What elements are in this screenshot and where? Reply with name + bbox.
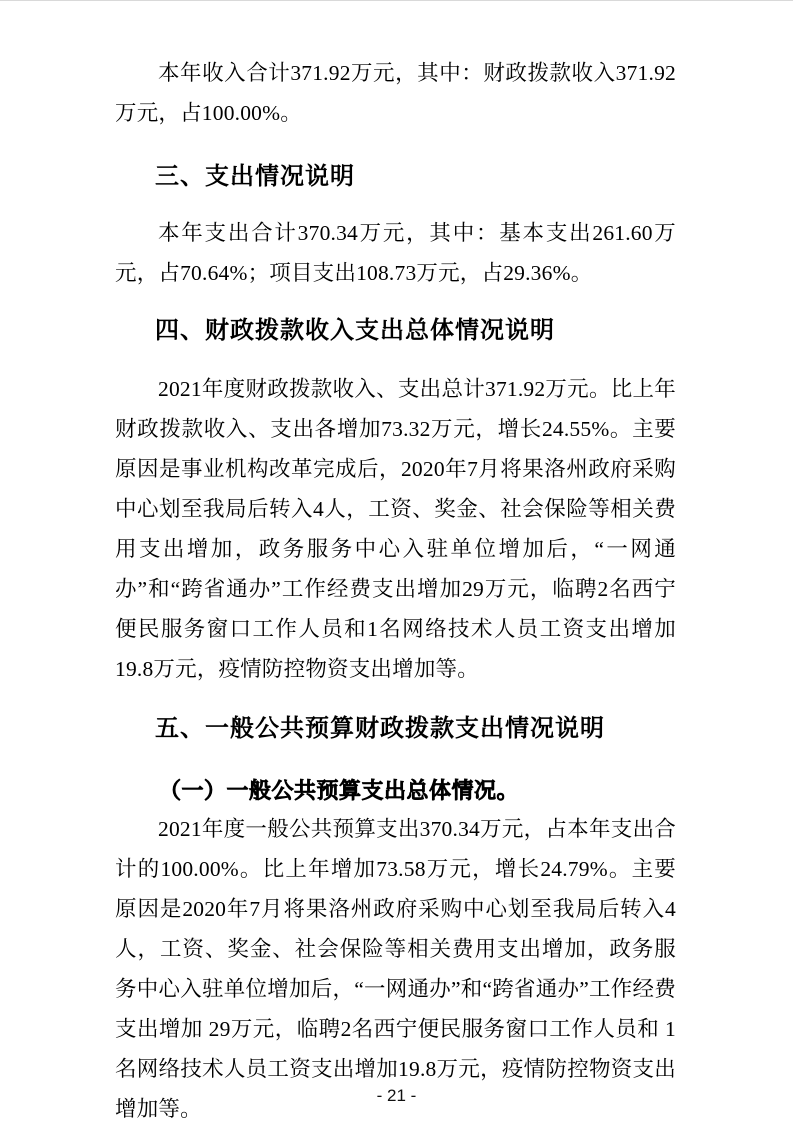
section-heading-general-public-budget: 五、一般公共预算财政拨款支出情况说明 [115, 715, 676, 743]
page-number: - 21 - [0, 1086, 793, 1106]
expenditure-summary-paragraph: 本年支出合计370.34万元，其中：基本支出261.60万元，占70.64%；项… [115, 213, 676, 293]
document-content: 本年收入合计371.92万元，其中：财政拨款收入371.92万元，占100.00… [0, 1, 793, 1122]
fiscal-appropriation-overview-paragraph: 2021年度财政拨款收入、支出总计371.92万元。比上年财政拨款收入、支出各增… [115, 369, 676, 689]
income-summary-paragraph: 本年收入合计371.92万元，其中：财政拨款收入371.92万元，占100.00… [115, 53, 676, 133]
document-page: 本年收入合计371.92万元，其中：财政拨款收入371.92万元，占100.00… [0, 0, 793, 1122]
section-heading-fiscal-appropriation-overview: 四、财政拨款收入支出总体情况说明 [115, 317, 676, 345]
general-public-budget-paragraph: 2021年度一般公共预算支出370.34万元，占本年支出合计的100.00%。比… [115, 809, 676, 1122]
section-heading-expenditure: 三、支出情况说明 [115, 163, 676, 191]
subsection-heading-general-public-budget-overall: （一）一般公共预算支出总体情况。 [115, 777, 676, 805]
